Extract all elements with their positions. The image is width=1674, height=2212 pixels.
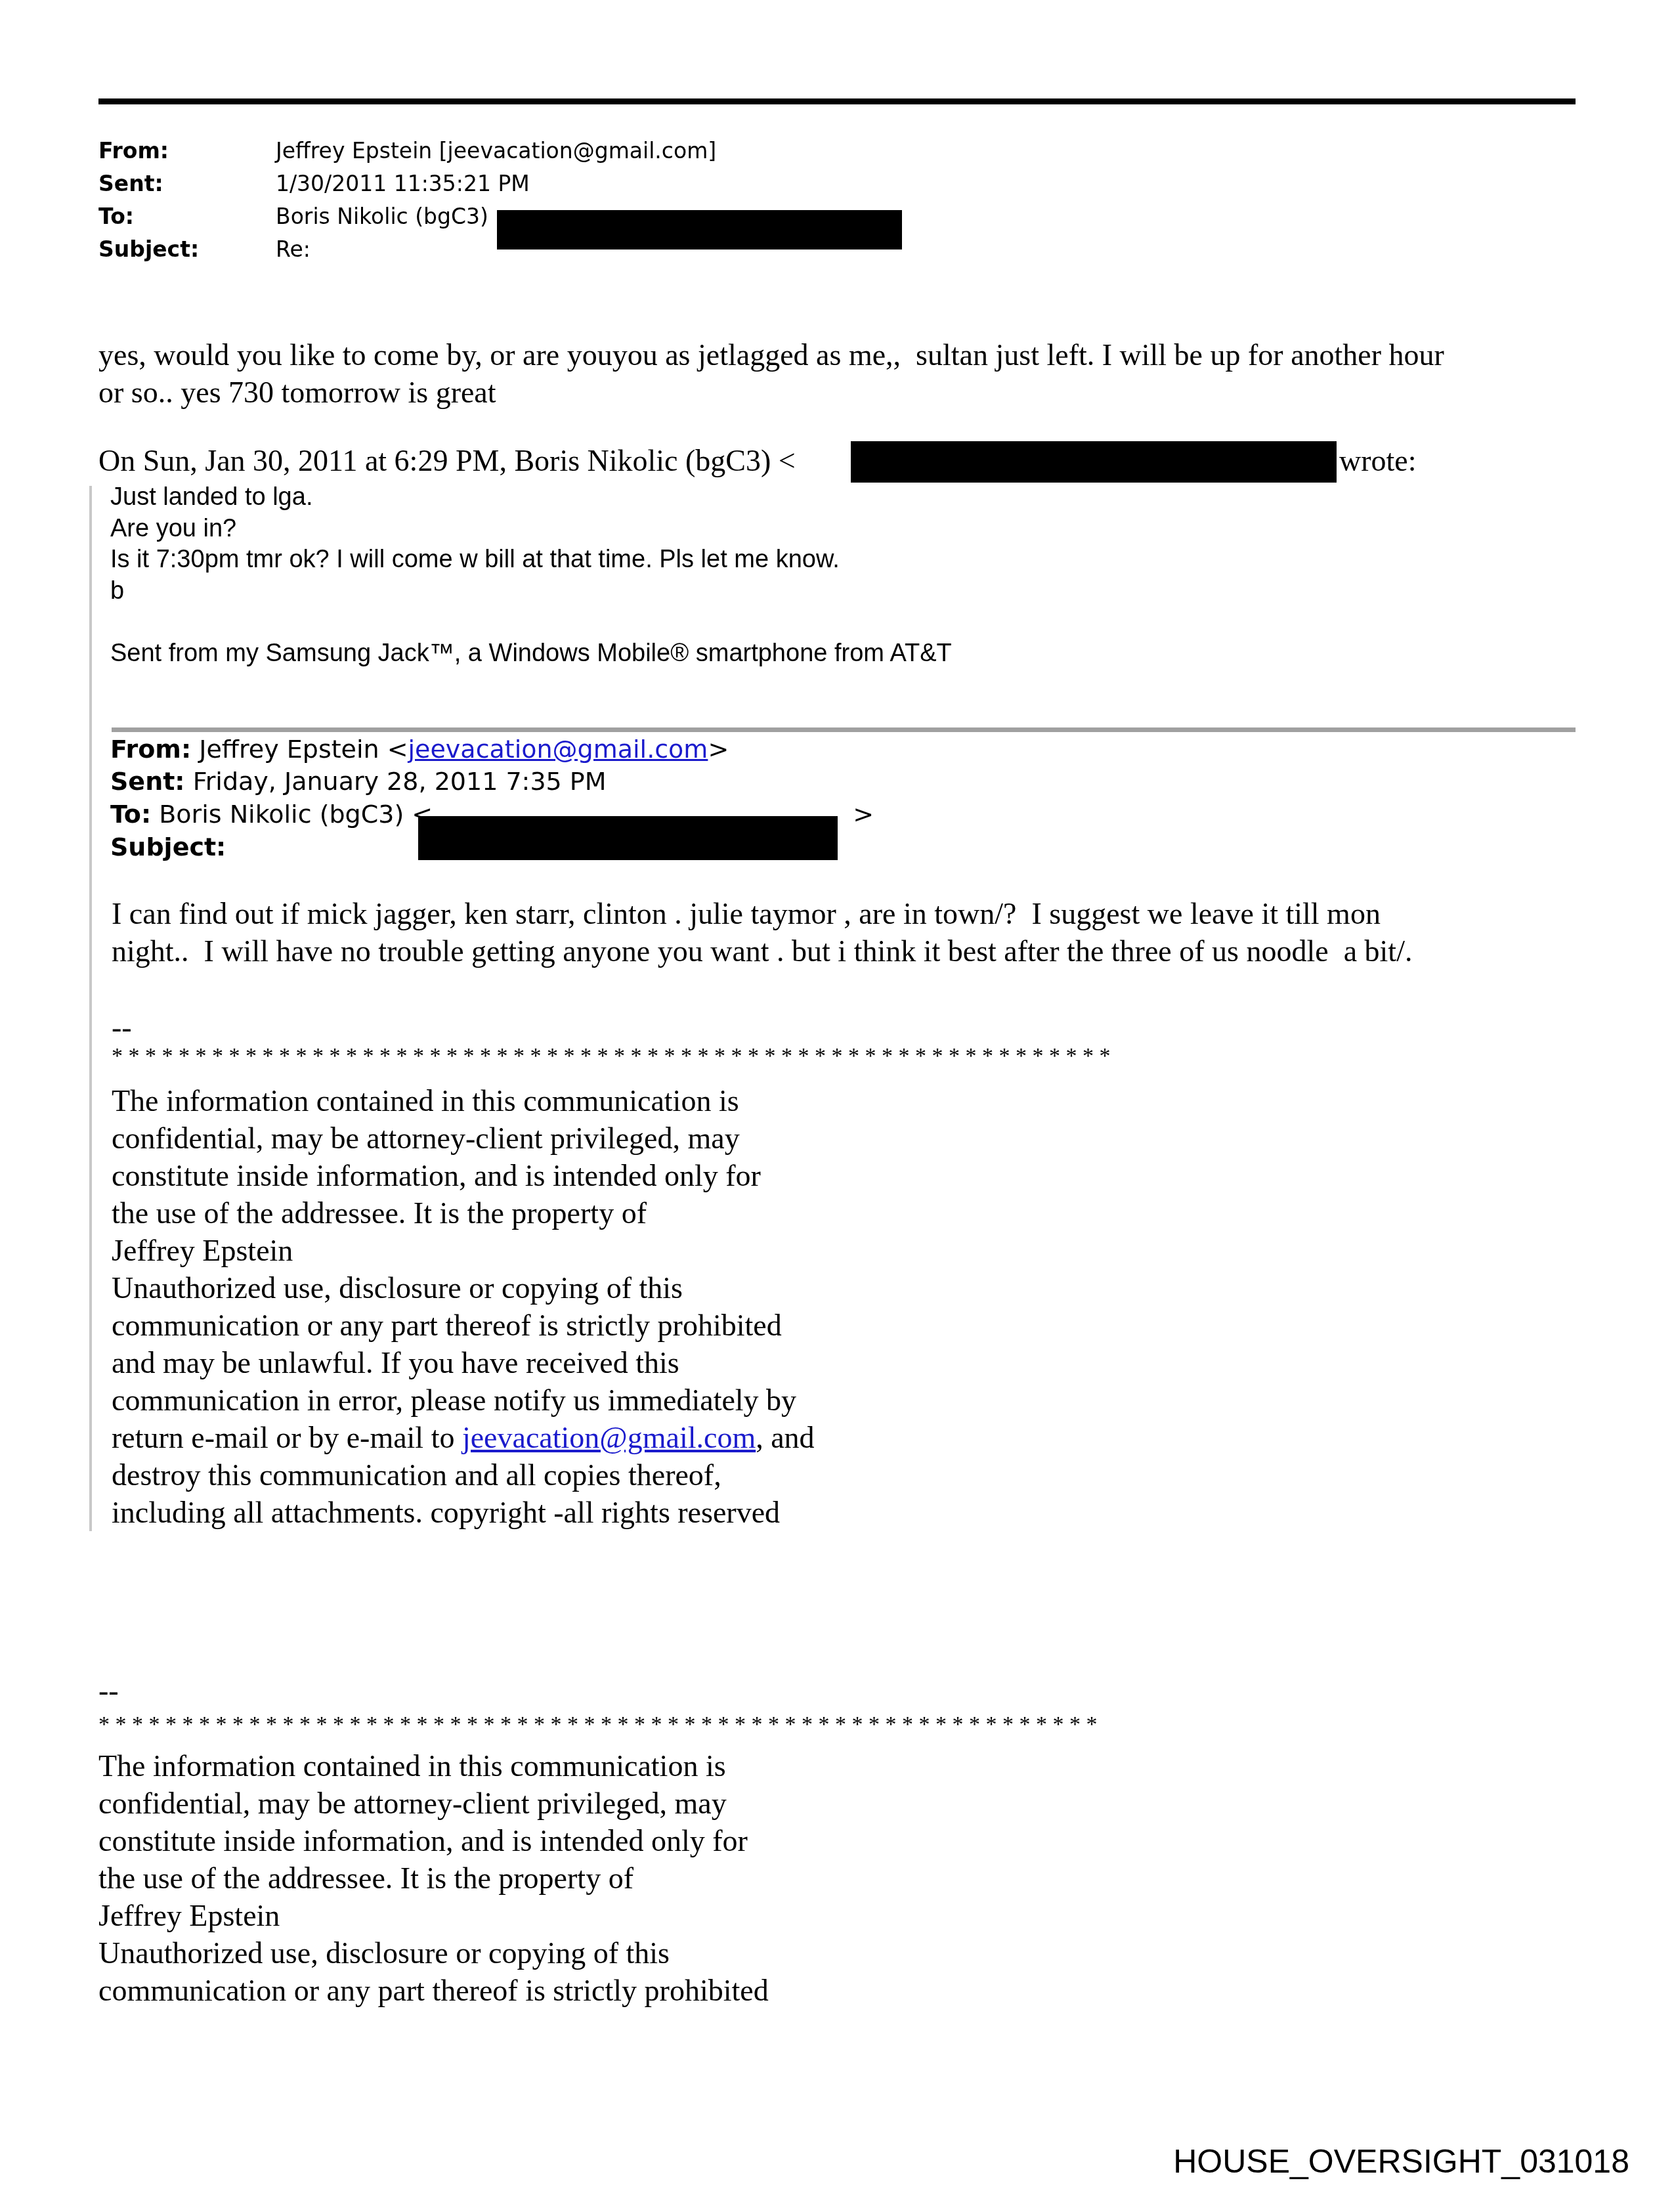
to-label: To: (98, 200, 134, 233)
from-value: Jeffrey Epstein [jeevacation@gmail.com] (276, 135, 716, 167)
subject-value: Re: (276, 233, 311, 266)
inner-from-label: From: (110, 735, 191, 764)
redaction-box (497, 210, 902, 249)
quoted-line: Just landed to lga. (110, 481, 312, 513)
disclaimer-line: destroy this communication and all copie… (112, 1456, 815, 1494)
disclaimer-line: the use of the addressee. It is the prop… (112, 1194, 815, 1232)
signature-stars: ****************************************… (112, 1044, 1116, 1069)
inner-sent-value: Friday, January 28, 2011 7:35 PM (193, 767, 607, 796)
sent-value: 1/30/2011 11:35:21 PM (276, 167, 530, 200)
quoted-line: b (110, 575, 124, 607)
reply-line: or so.. yes 730 tomorrow is great (98, 374, 496, 411)
inner-sent-label: Sent: (110, 767, 185, 796)
disclaimer-line: communication or any part thereof is str… (112, 1307, 815, 1344)
inner-to-value: Boris Nikolic (bgC3) (159, 800, 404, 829)
quote-divider (112, 727, 1576, 732)
disclaimer-line: confidential, may be attorney-client pri… (98, 1785, 769, 1822)
reply-line: yes, would you like to come by, or are y… (98, 336, 1444, 374)
disclaimer-link-prefix: return e-mail or by e-mail to (112, 1421, 462, 1454)
top-rule (98, 98, 1576, 104)
inner-sent-row: Sent: Friday, January 28, 2011 7:35 PM (110, 766, 607, 798)
disclaimer-line: constitute inside information, and is in… (112, 1157, 815, 1194)
disclaimer-line: Jeffrey Epstein (98, 1897, 769, 1934)
disclaimer-line: confidential, may be attorney-client pri… (112, 1119, 815, 1157)
disclaimer-email-link[interactable]: jeevacation@gmail.com (462, 1421, 756, 1454)
to-value: Boris Nikolic (bgC3) (276, 200, 488, 233)
disclaimer-line: communication in error, please notify us… (112, 1381, 815, 1419)
quoted-line: Are you in? (110, 513, 236, 544)
redaction-box (418, 816, 838, 860)
redaction-box (851, 441, 1337, 483)
inner-body-line: night.. I will have no trouble getting a… (112, 932, 1412, 970)
disclaimer-line: Unauthorized use, disclosure or copying … (112, 1269, 815, 1307)
disclaimer-line: and may be unlawful. If you have receive… (112, 1344, 815, 1381)
outer-signature-disclaimer: The information contained in this commun… (98, 1747, 769, 2009)
inner-subject-row: Subject: (110, 831, 234, 863)
bates-number: HOUSE_OVERSIGHT_031018 (1173, 2142, 1629, 2181)
disclaimer-line: The information contained in this commun… (112, 1082, 815, 1119)
inner-from-row: From: Jeffrey Epstein <jeevacation@gmail… (110, 733, 729, 766)
outer-signature-dashes: -- (98, 1672, 119, 1709)
disclaimer-line: Jeffrey Epstein (112, 1232, 815, 1269)
signature-disclaimer: The information contained in this commun… (112, 1082, 815, 1531)
from-label: From: (98, 135, 169, 167)
disclaimer-line: Unauthorized use, disclosure or copying … (98, 1934, 769, 1972)
disclaimer-link-line: return e-mail or by e-mail to jeevacatio… (112, 1419, 815, 1456)
mobile-signature: Sent from my Samsung Jack™, a Windows Mo… (110, 638, 952, 669)
sent-label: Sent: (98, 167, 163, 200)
outer-signature-stars: ****************************************… (98, 1712, 1103, 1737)
inner-from-email-link[interactable]: jeevacation@gmail.com (408, 735, 708, 764)
disclaimer-line: including all attachments. copyright -al… (112, 1494, 815, 1531)
disclaimer-line: communication or any part thereof is str… (98, 1972, 769, 2009)
quote-intro-prefix: On Sun, Jan 30, 2011 at 6:29 PM, Boris N… (98, 442, 796, 479)
inner-subject-label: Subject: (110, 833, 226, 861)
quote-bar (89, 486, 92, 1531)
disclaimer-line: constitute inside information, and is in… (98, 1822, 769, 1859)
disclaimer-line: The information contained in this commun… (98, 1747, 769, 1785)
inner-body-line: I can find out if mick jagger, ken starr… (112, 895, 1381, 932)
quote-intro-suffix: wrote: (1339, 442, 1417, 479)
disclaimer-link-suffix: , and (756, 1421, 814, 1454)
quoted-line: Is it 7:30pm tmr ok? I will come w bill … (110, 544, 840, 575)
inner-from-name: Jeffrey Epstein (199, 735, 379, 764)
signature-dashes: -- (112, 1008, 132, 1046)
disclaimer-line: the use of the addressee. It is the prop… (98, 1859, 769, 1897)
subject-label: Subject: (98, 233, 199, 266)
inner-to-label: To: (110, 800, 151, 829)
